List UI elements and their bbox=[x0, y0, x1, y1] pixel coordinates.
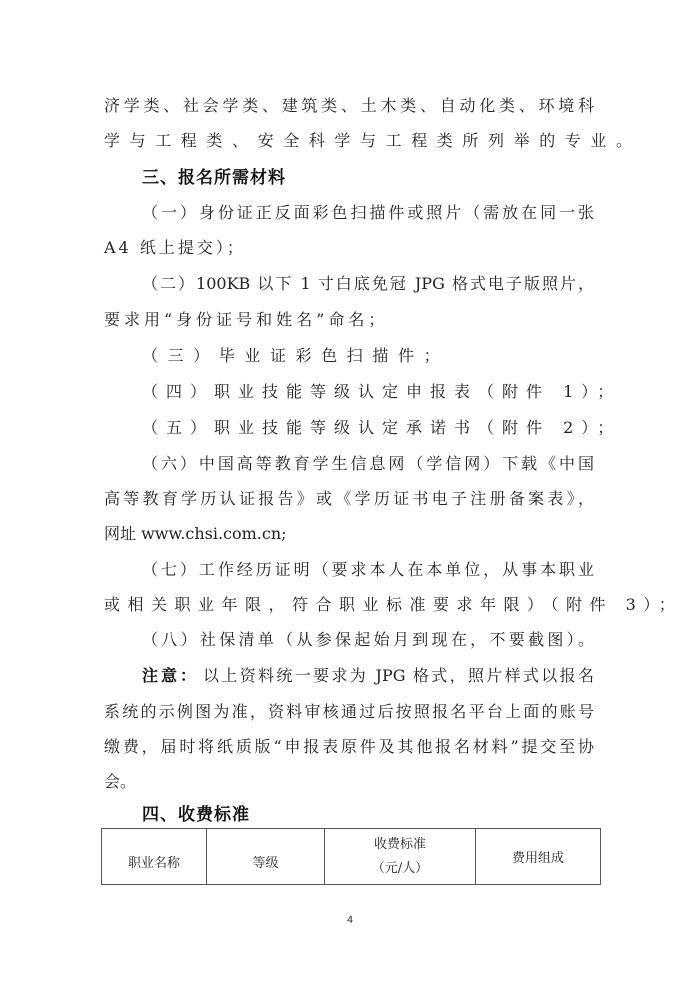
section-heading-fees: 四、收费标准 bbox=[142, 800, 632, 830]
fee-header-unit: （元/人） bbox=[325, 857, 475, 881]
note-text: 以上资料统一要求为 JPG 格式，照片样式以报名 bbox=[203, 661, 594, 691]
note-label: 注意： bbox=[142, 661, 199, 691]
list-item-1-cont: A4 纸上提交）； bbox=[104, 233, 594, 263]
note-text-end: 会。 bbox=[104, 767, 594, 797]
document-page: 济学类、社会学类、建筑类、土木类、自动化类、环境科 学与工程类、安全科学与工程类… bbox=[0, 0, 700, 990]
col-header-occupation: 职业名称 bbox=[102, 829, 207, 885]
list-item-6: （六）中国高等教育学生信息网（学信网）下载《中国 bbox=[142, 449, 594, 479]
list-item-1: （一）身份证正反面彩色扫描件或照片（需放在同一张 bbox=[142, 198, 594, 228]
fee-header-label: 收费标准 bbox=[325, 833, 475, 857]
list-item-7: （七）工作经历证明（要求本人在本单位，从事本职业 bbox=[142, 555, 594, 585]
list-item-2: （二）100KB 以下 1 寸白底免冠 JPG 格式电子版照片， bbox=[142, 269, 594, 299]
page-number: 4 bbox=[340, 915, 360, 926]
list-item-6-cont: 高等教育学历认证报告》或《学历证书电子注册备案表》， bbox=[104, 484, 594, 514]
list-item-7-cont: 或相关职业年限，符合职业标准要求年限）（附件 3）； bbox=[104, 590, 594, 620]
table-header-row: 职业名称 等级 收费标准 （元/人） 费用组成 bbox=[102, 829, 601, 885]
list-item-2-cont: 要求用“身份证号和姓名”命名； bbox=[104, 305, 594, 335]
col-header-fee: 收费标准 （元/人） bbox=[325, 829, 476, 885]
body-text-line: 学与工程类、安全科学与工程类所列举的专业。 bbox=[104, 126, 594, 156]
note-text-cont: 缴费，届时将纸质版“申报表原件及其他报名材料”提交至协 bbox=[104, 732, 594, 762]
note-paragraph: 注意： 以上资料统一要求为 JPG 格式，照片样式以报名 bbox=[142, 661, 594, 691]
note-text-cont: 系统的示例图为准，资料审核通过后按照报名平台上面的账号 bbox=[104, 697, 594, 727]
list-item-8: （八）社保清单（从参保起始月到现在，不要截图）。 bbox=[142, 625, 594, 655]
fee-table: 职业名称 等级 收费标准 （元/人） 费用组成 bbox=[101, 828, 601, 885]
col-header-level: 等级 bbox=[207, 829, 325, 885]
list-item-6-url: 网址 www.chsi.com.cn; bbox=[104, 519, 594, 549]
col-header-composition: 费用组成 bbox=[476, 829, 601, 885]
list-item-5: （五）职业技能等级认定承诺书（附件 2）； bbox=[142, 413, 594, 443]
list-item-4: （四）职业技能等级认定申报表（附件 1）； bbox=[142, 377, 594, 407]
section-heading-materials: 三、报名所需材料 bbox=[142, 163, 632, 193]
list-item-3: （三）毕业证彩色扫描件； bbox=[142, 341, 594, 371]
body-text-line: 济学类、社会学类、建筑类、土木类、自动化类、环境科 bbox=[104, 91, 594, 121]
